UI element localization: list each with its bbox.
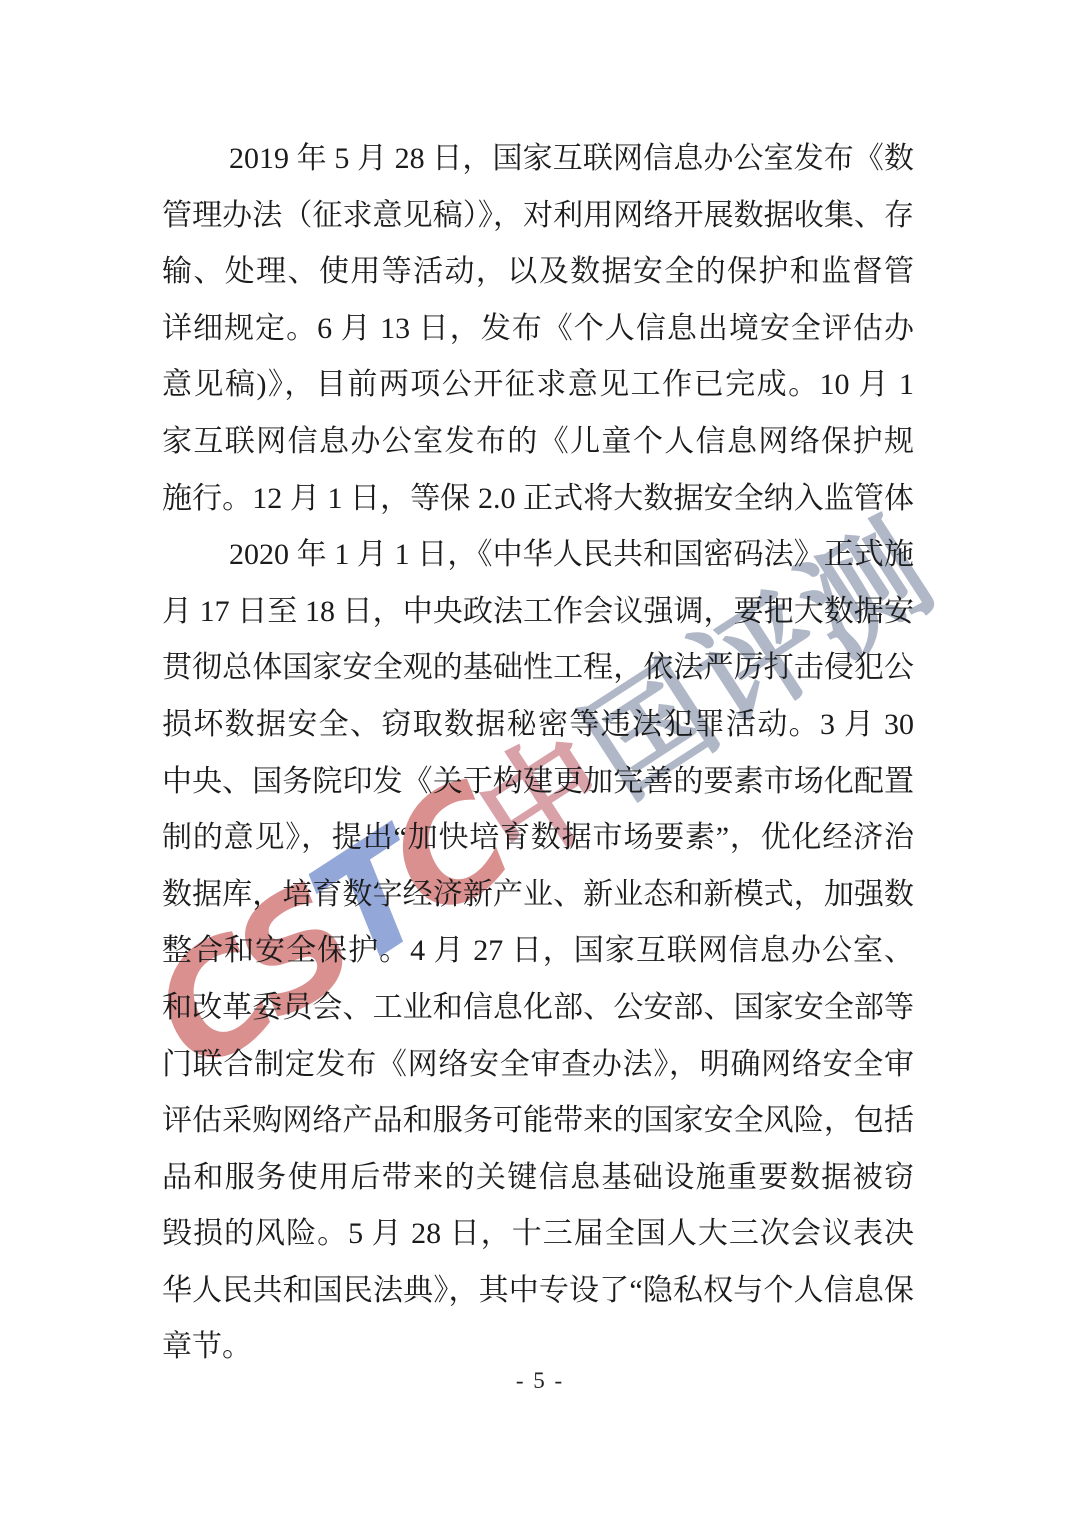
text-line: 华人民共和国民法典》，其中专设了“隐私权与个人信息保护” — [162, 1263, 914, 1320]
text-line: 整合和安全保护。4 月 27 日，国家互联网信息办公室、国家发展 — [162, 923, 914, 980]
text-line: 施行。12 月 1 日，等保 2.0 正式将大数据安全纳入监管体系。 — [162, 471, 914, 528]
text-line: 制的意见》，提出“加快培育数据市场要素”，优化经济治理基础 — [162, 810, 914, 867]
page-number: - 5 - — [516, 1368, 564, 1393]
text-line: 管理办法（征求意见稿）》，对利用网络开展数据收集、存储、传 — [162, 188, 914, 245]
document-page: C S T C 中 国 评 测 2019 年 5 月 28 日，国家互联网信息办… — [0, 0, 1080, 1527]
text-line: 和改革委员会、工业和信息化部、公安部、国家安全部等 12 部 — [162, 980, 914, 1037]
text-line: 品和服务使用后带来的关键信息基础设施重要数据被窃取、泄露、 — [162, 1150, 914, 1207]
text-line: 输、处理、使用等活动，以及数据安全的保护和监督管理，做了 — [162, 244, 914, 301]
text-line: 详细规定。6 月 13 日，发布《个人信息出境安全评估办法(征求 — [162, 301, 914, 358]
text-line: 门联合制定发布《网络安全审查办法》，明确网络安全审查重点 — [162, 1037, 914, 1094]
text-line: 评估采购网络产品和服务可能带来的国家安全风险，包括网络产 — [162, 1093, 914, 1150]
text-line: 数据库，培育数字经济新产业、新业态和新模式，加强数据资源 — [162, 867, 914, 924]
text-line: 2020 年 1 月 1 日，《中华人民共和国密码法》正式施行。1 — [162, 527, 914, 584]
text-line: 毁损的风险。5 月 28 日，十三届全国人大三次会议表决通过《中 — [162, 1206, 914, 1263]
text-line: 2019 年 5 月 28 日，国家互联网信息办公室发布《数据安全 — [162, 131, 914, 188]
text-line: 家互联网信息办公室发布的《儿童个人信息网络保护规定》正式 — [162, 414, 914, 471]
text-line: 中央、国务院印发《关于构建更加完善的要素市场化配置体制机 — [162, 754, 914, 811]
text-line: 贯彻总体国家安全观的基础性工程，依法严厉打击侵犯公民隐私、 — [162, 640, 914, 697]
text-line: 损坏数据安全、窃取数据秘密等违法犯罪活动。3 月 30 日，中共 — [162, 697, 914, 754]
text-line: 意见稿)》，目前两项公开征求意见工作已完成。10 月 1 日，由国 — [162, 357, 914, 414]
page-footer: - 5 - — [0, 1368, 1080, 1394]
text-line: 月 17 日至 18 日，中央政法工作会议强调，要把大数据安全作为 — [162, 584, 914, 641]
document-body: 2019 年 5 月 28 日，国家互联网信息办公室发布《数据安全 管理办法（征… — [162, 131, 914, 1376]
